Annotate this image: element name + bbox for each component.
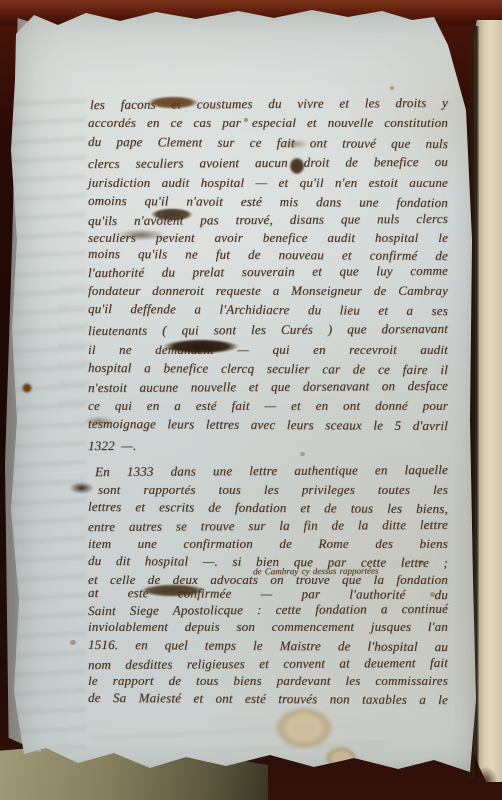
rust-spot: [22, 383, 32, 393]
bleed-through-ghost-text: [58, 276, 90, 406]
ink-smudge: [83, 416, 115, 427]
manuscript-line: l'authorité du prelat souverain et que l…: [88, 262, 448, 282]
manuscript-line: fondateur donneroit requeste a Monseigne…: [88, 282, 448, 300]
ink-blot: [69, 482, 94, 494]
tan-stain: [274, 706, 334, 750]
manuscript-line: 1516. en quel temps le Maistre de l'hosp…: [88, 636, 448, 656]
manuscript-line: n'estoit aucune nouvelle et que dorsenav…: [88, 377, 448, 397]
foxing-speck: [70, 640, 76, 645]
foxing-speck: [300, 452, 305, 456]
manuscript-line: qu'ils n'avoient pas trouvé, disans que …: [88, 210, 448, 230]
manuscript-line: 1322 —.: [88, 437, 137, 455]
ink-smudge: [281, 139, 309, 149]
tan-stain: [325, 746, 357, 770]
manuscript-line: ce qui en a esté fait — et en ont donné …: [88, 397, 448, 415]
manuscript-line: il ne demandent — qui en recevroit audit: [88, 341, 448, 359]
manuscript-line: lettres et escrits de fondation et de to…: [88, 498, 448, 518]
manuscript-line: du pape Clement sur ce fait ont trouvé q…: [88, 133, 448, 153]
ink-blot: [289, 157, 305, 175]
manuscript-line: qu'il deffende a l'Archidiacre du lieu e…: [88, 300, 448, 320]
manuscript-line: accordés en ce cas par especial et nouve…: [88, 114, 448, 132]
manuscript-line: omoins qu'il n'avoit esté mis dans une f…: [88, 192, 448, 212]
manuscript-line: clercs seculiers avoient aucun droit de …: [88, 153, 448, 173]
manuscript-line: jurisdiction audit hospital — et qu'il n…: [88, 174, 448, 192]
manuscript-line: En 1333 dans une lettre authentique en l…: [95, 461, 448, 481]
manuscript-line: item une confirmation de Rome des biens: [88, 535, 448, 553]
manuscript-page: les facons et coustumes du vivre et les …: [0, 0, 502, 800]
manuscript-line: tesmoignage leurs lettres avec leurs sce…: [88, 415, 448, 435]
manuscript-line: entre autres se trouve sur la fin de la …: [88, 516, 448, 536]
foxing-speck: [390, 86, 394, 90]
bleed-through-ghost-text: [8, 92, 86, 748]
manuscript-line: le rapport de tous biens pardevant les c…: [88, 672, 448, 690]
manuscript-line: les facons et coustumes du vivre et les …: [90, 94, 448, 114]
manuscript-line: de Sa Maiesté et ont esté trouvés non ta…: [88, 689, 448, 709]
manuscript-line: hospital a benefice clercq seculier car …: [88, 359, 448, 379]
manuscript-line: lieutenants ( qui sont les Curés ) que d…: [88, 320, 448, 340]
manuscript-line: inviolablement depuis son commencement j…: [88, 618, 448, 636]
manuscript-photo: les facons et coustumes du vivre et les …: [0, 0, 502, 800]
manuscript-line: sont rapportés tous les privileges toute…: [98, 481, 448, 499]
